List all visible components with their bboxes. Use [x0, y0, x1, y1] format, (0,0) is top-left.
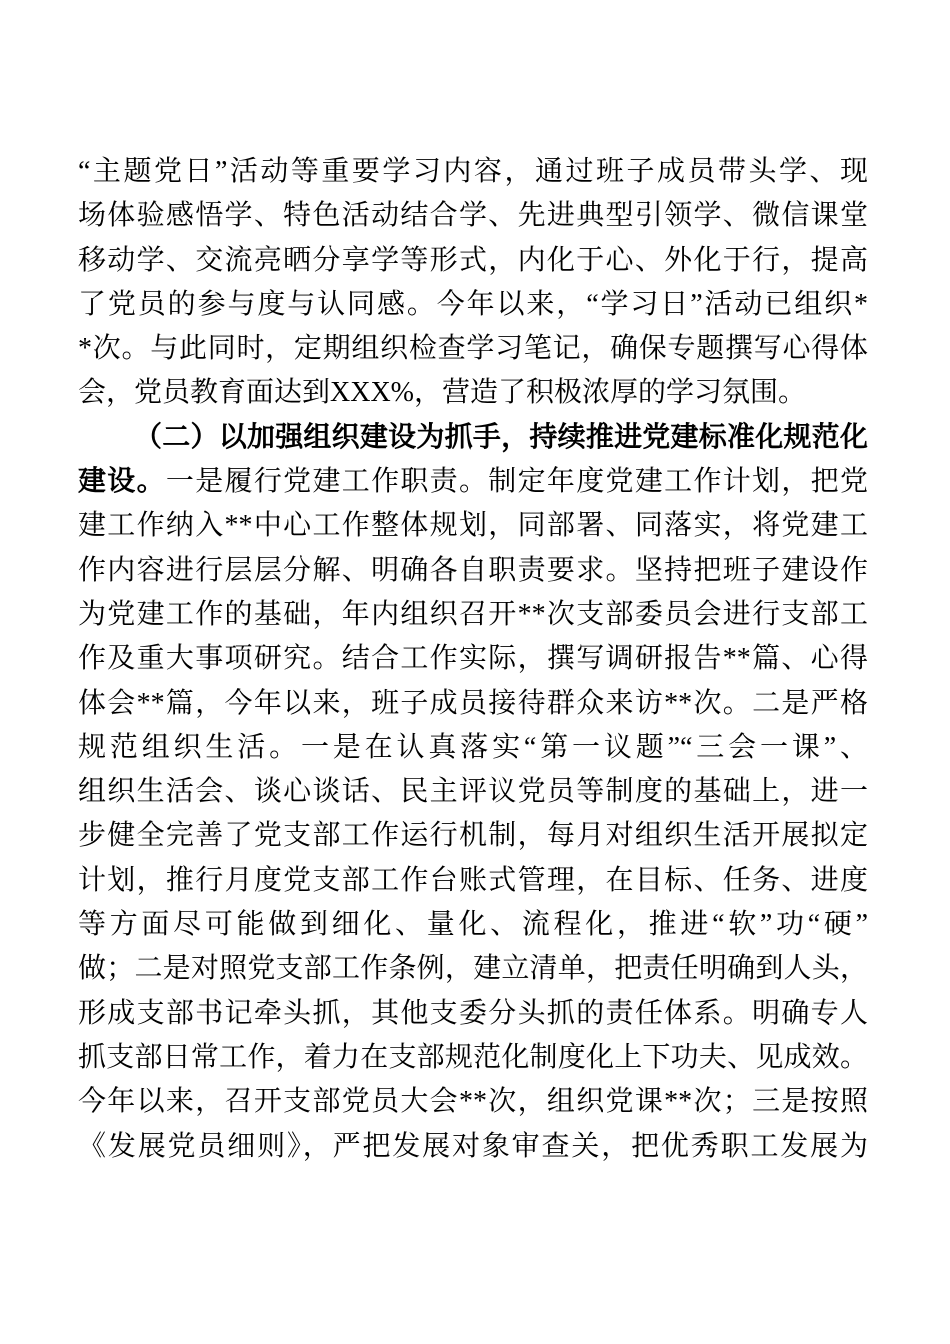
text-line: 组织生活会、谈心谈话、民主评议党员等制度的基础上，进一 — [78, 770, 868, 814]
text-run-bold: （二）以加强组织建设为抓手，持续推进党建标准化规范化 — [134, 422, 868, 453]
text-run: 等方面尽可能做到细化、量化、流程化，推进“软”功“硬” — [78, 909, 868, 940]
text-line: 抓支部日常工作，着力在支部规范化制度化上下功夫、见成效。 — [78, 1036, 868, 1080]
text-line: 作及重大事项研究。结合工作实际，撰写调研报告**篇、心得 — [78, 637, 868, 681]
text-line: 移动学、交流亮晒分享学等形式，内化于心、外化于行，提高 — [78, 239, 868, 283]
text-run: *次。与此同时，定期组织检查学习笔记，确保专题撰写心得体 — [78, 333, 868, 364]
text-run: 做；二是对照党支部工作条例，建立清单，把责任明确到人头， — [78, 953, 868, 984]
text-run: 了党员的参与度与认同感。今年以来，“学习日”活动已组织* — [78, 289, 868, 320]
text-run: 为党建工作的基础，年内组织召开**次支部委员会进行支部工 — [78, 599, 868, 630]
text-run: 抓支部日常工作，着力在支部规范化制度化上下功夫、见成效。 — [78, 1042, 868, 1073]
text-line: 建设。一是履行党建工作职责。制定年度党建工作计划，把党 — [78, 460, 868, 504]
text-run: 一是履行党建工作职责。制定年度党建工作计划，把党 — [166, 466, 868, 497]
text-line: *次。与此同时，定期组织检查学习笔记，确保专题撰写心得体 — [78, 327, 868, 371]
text-run: 组织生活会、谈心谈话、民主评议党员等制度的基础上，进一 — [78, 776, 868, 807]
text-line: 会，党员教育面达到XXX%，营造了积极浓厚的学习氛围。 — [78, 371, 868, 415]
text-block: “主题党日”活动等重要学习内容，通过班子成员带头学、现场体验感悟学、特色活动结合… — [78, 150, 868, 1169]
text-run: 体会**篇，今年以来，班子成员接待群众来访**次。二是严格 — [78, 688, 868, 719]
text-run: 建工作纳入**中心工作整体规划，同部署、同落实，将党建工 — [78, 510, 868, 541]
document-page: “主题党日”活动等重要学习内容，通过班子成员带头学、现场体验感悟学、特色活动结合… — [0, 0, 950, 1344]
text-line: 等方面尽可能做到细化、量化、流程化，推进“软”功“硬” — [78, 903, 868, 947]
text-run: 步健全完善了党支部工作运行机制，每月对组织生活开展拟定 — [78, 820, 868, 851]
text-run: 计划，推行月度党支部工作台账式管理，在目标、任务、进度 — [78, 865, 868, 896]
text-run: 作及重大事项研究。结合工作实际，撰写调研报告**篇、心得 — [78, 643, 868, 674]
text-line: 《发展党员细则》，严把发展对象审查关，把优秀职工发展为 — [78, 1125, 868, 1169]
text-run: 会，党员教育面达到XXX%，营造了积极浓厚的学习氛围。 — [78, 377, 806, 408]
text-line: 形成支部书记牵头抓，其他支委分头抓的责任体系。明确专人 — [78, 992, 868, 1036]
text-run: 作内容进行层层分解、明确各自职责要求。坚持把班子建设作 — [78, 555, 868, 586]
text-run: 今年以来，召开支部党员大会**次，组织党课**次；三是按照 — [78, 1086, 868, 1117]
text-run: 移动学、交流亮晒分享学等形式，内化于心、外化于行，提高 — [78, 245, 868, 276]
text-run-bold: 建设。 — [78, 466, 166, 497]
text-line: 了党员的参与度与认同感。今年以来，“学习日”活动已组织* — [78, 283, 868, 327]
text-line: （二）以加强组织建设为抓手，持续推进党建标准化规范化 — [78, 416, 868, 460]
text-line: 体会**篇，今年以来，班子成员接待群众来访**次。二是严格 — [78, 682, 868, 726]
text-line: 今年以来，召开支部党员大会**次，组织党课**次；三是按照 — [78, 1080, 868, 1124]
text-run: “主题党日”活动等重要学习内容，通过班子成员带头学、现 — [78, 156, 868, 187]
text-run: 场体验感悟学、特色活动结合学、先进典型引领学、微信课堂 — [78, 200, 868, 231]
text-line: “主题党日”活动等重要学习内容，通过班子成员带头学、现 — [78, 150, 868, 194]
text-line: 计划，推行月度党支部工作台账式管理，在目标、任务、进度 — [78, 859, 868, 903]
text-line: 场体验感悟学、特色活动结合学、先进典型引领学、微信课堂 — [78, 194, 868, 238]
text-line: 作内容进行层层分解、明确各自职责要求。坚持把班子建设作 — [78, 549, 868, 593]
text-line: 规范组织生活。一是在认真落实“第一议题”“三会一课”、 — [78, 726, 868, 770]
text-run: 规范组织生活。一是在认真落实“第一议题”“三会一课”、 — [78, 732, 868, 763]
text-line: 步健全完善了党支部工作运行机制，每月对组织生活开展拟定 — [78, 814, 868, 858]
text-run: 形成支部书记牵头抓，其他支委分头抓的责任体系。明确专人 — [78, 998, 868, 1029]
text-line: 做；二是对照党支部工作条例，建立清单，把责任明确到人头， — [78, 947, 868, 991]
text-run: 《发展党员细则》，严把发展对象审查关，把优秀职工发展为 — [78, 1131, 868, 1162]
text-line: 为党建工作的基础，年内组织召开**次支部委员会进行支部工 — [78, 593, 868, 637]
text-line: 建工作纳入**中心工作整体规划，同部署、同落实，将党建工 — [78, 504, 868, 548]
